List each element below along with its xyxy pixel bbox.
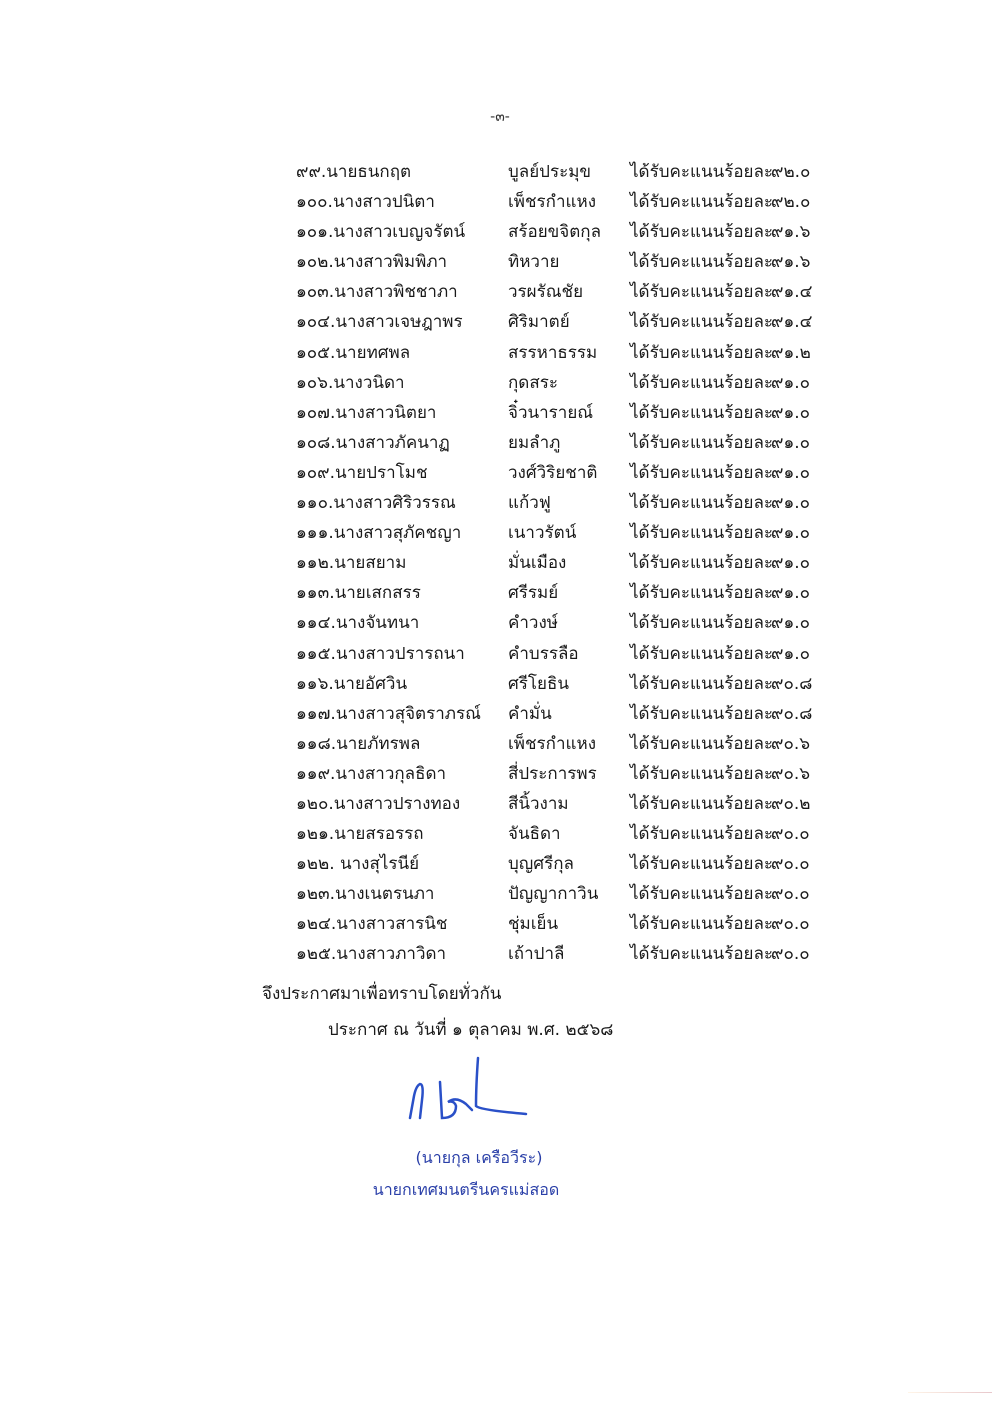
person-name: ๑๑๖.นายอัศวิน <box>296 669 407 699</box>
person-surname: ศรีรมย์ <box>508 578 558 608</box>
person-surname: ศิริมาตย์ <box>508 307 570 337</box>
score-label: ได้รับคะแนนร้อยละ <box>630 578 773 608</box>
score-value: ๙๑.๐ <box>771 368 810 398</box>
score-label: ได้รับคะแนนร้อยละ <box>630 518 773 548</box>
person-name: ๑๑๘.นายภัทรพล <box>296 729 420 759</box>
person-surname: ศรีโยธิน <box>508 669 569 699</box>
person-name: ๑๐๙.นายปราโมช <box>296 458 428 488</box>
score-label: ได้รับคะแนนร้อยละ <box>630 879 773 909</box>
score-label: ได้รับคะแนนร้อยละ <box>630 849 773 879</box>
score-label: ได้รับคะแนนร้อยละ <box>630 488 773 518</box>
scan-artifact-line <box>908 1392 992 1393</box>
person-name: ๑๒๐.นางสาวปรางทอง <box>296 789 460 819</box>
person-surname: แก้วฟู <box>508 488 551 518</box>
score-label: ได้รับคะแนนร้อยละ <box>630 187 773 217</box>
score-value: ๙๐.๖ <box>771 759 810 789</box>
person-name: ๑๐๑.นางสาวเบญจรัตน์ <box>296 217 465 247</box>
score-value: ๙๒.๐ <box>771 157 810 187</box>
score-value: ๙๑.๖ <box>771 217 810 247</box>
score-label: ได้รับคะแนนร้อยละ <box>630 428 773 458</box>
score-label: ได้รับคะแนนร้อยละ <box>630 398 773 428</box>
person-surname: ชุ่มเย็น <box>508 909 558 939</box>
person-name: ๑๑๑.นางสาวสุภัคชญา <box>296 518 461 548</box>
announcement-date: ประกาศ ณ วันที่ ๑ ตุลาคม พ.ศ. ๒๕๖๘ <box>328 1016 613 1043</box>
score-value: ๙๑.๐ <box>771 608 810 638</box>
score-value: ๙๑.๐ <box>771 578 810 608</box>
person-name: ๑๐๕.นายทศพล <box>296 338 410 368</box>
score-value: ๙๑.๐ <box>771 488 810 518</box>
closing-statement: จึงประกาศมาเพื่อทราบโดยทั่วกัน <box>262 980 501 1007</box>
signature-icon <box>396 1056 546 1126</box>
score-label: ได้รับคะแนนร้อยละ <box>630 639 773 669</box>
score-value: ๙๑.๒ <box>771 338 811 368</box>
score-value: ๙๑.๔ <box>771 277 813 307</box>
score-label: ได้รับคะแนนร้อยละ <box>630 368 773 398</box>
person-surname: มั่นเมือง <box>508 548 566 578</box>
score-label: ได้รับคะแนนร้อยละ <box>630 939 773 969</box>
score-value: ๙๑.๖ <box>771 247 810 277</box>
score-label: ได้รับคะแนนร้อยละ <box>630 157 773 187</box>
person-surname: วงศ์วิริยชาติ <box>508 458 597 488</box>
person-surname: จิ๋วนารายณ์ <box>508 398 593 428</box>
score-label: ได้รับคะแนนร้อยละ <box>630 277 773 307</box>
score-label: ได้รับคะแนนร้อยละ <box>630 699 773 729</box>
person-surname: ยมลำภู <box>508 428 560 458</box>
person-surname: กุดสระ <box>508 368 558 398</box>
person-name: ๑๒๕.นางสาวภาวิดา <box>296 939 446 969</box>
signer-name: (นายกุล เครือวีระ) <box>0 1146 958 1171</box>
person-surname: เพ็ชรกำแหง <box>508 187 596 217</box>
signer-title: นายกเทศมนตรีนครแม่สอด <box>0 1178 932 1203</box>
score-value: ๙๐.๒ <box>771 789 810 819</box>
person-name: ๑๑๐.นางสาวศิริวรรณ <box>296 488 456 518</box>
score-label: ได้รับคะแนนร้อยละ <box>630 608 773 638</box>
person-surname: คำมั่น <box>508 699 552 729</box>
score-value: ๙๒.๐ <box>771 187 810 217</box>
person-name: ๑๐๗.นางสาวนิตยา <box>296 398 436 428</box>
score-label: ได้รับคะแนนร้อยละ <box>630 458 773 488</box>
score-value: ๙๐.๘ <box>771 699 812 729</box>
person-surname: เถ้าปาลี <box>508 939 564 969</box>
score-label: ได้รับคะแนนร้อยละ <box>630 217 773 247</box>
score-label: ได้รับคะแนนร้อยละ <box>630 909 773 939</box>
person-surname: เนาวรัตน์ <box>508 518 576 548</box>
person-surname: คำบรรลือ <box>508 639 579 669</box>
person-name: ๑๐๓.นางสาวพิชชาภา <box>296 277 458 307</box>
person-name: ๑๑๗.นางสาวสุจิตราภรณ์ <box>296 699 481 729</box>
person-name: ๑๒๑.นายสรอรรถ <box>296 819 424 849</box>
person-surname: บูลย์ประมุข <box>508 157 591 187</box>
page-number: -๓- <box>0 106 1000 128</box>
person-name: ๑๑๕.นางสาวปรารถนา <box>296 639 465 669</box>
score-value: ๙๐.๐ <box>771 909 810 939</box>
score-label: ได้รับคะแนนร้อยละ <box>630 247 773 277</box>
score-value: ๙๑.๔ <box>771 307 813 337</box>
person-name: ๑๐๘.นางสาวภัคนาฏ <box>296 428 450 458</box>
score-label: ได้รับคะแนนร้อยละ <box>630 789 773 819</box>
person-name: ๑๐๐.นางสาวปนิตา <box>296 187 435 217</box>
score-value: ๙๐.๐ <box>771 819 810 849</box>
person-surname: สี่ประการพร <box>508 759 597 789</box>
score-value: ๙๑.๐ <box>771 548 810 578</box>
person-name: ๑๑๓.นายเสกสรร <box>296 578 421 608</box>
score-label: ได้รับคะแนนร้อยละ <box>630 729 773 759</box>
person-name: ๑๑๙.นางสาวกุลธิดา <box>296 759 446 789</box>
person-surname: บุญศรีกุล <box>508 849 574 879</box>
person-surname: สรรหาธรรม <box>508 338 597 368</box>
person-surname: เพ็ชรกำแหง <box>508 729 596 759</box>
score-label: ได้รับคะแนนร้อยละ <box>630 548 773 578</box>
person-name: ๑๑๔.นางจันทนา <box>296 608 419 638</box>
person-name: ๑๐๔.นางสาวเจษฎาพร <box>296 307 463 337</box>
person-surname: วรผรัณชัย <box>508 277 583 307</box>
score-value: ๙๑.๐ <box>771 398 810 428</box>
person-name: ๑๒๓.นางเนตรนภา <box>296 879 434 909</box>
score-label: ได้รับคะแนนร้อยละ <box>630 819 773 849</box>
score-value: ๙๐.๐ <box>771 879 810 909</box>
person-surname: ปัญญากาวิน <box>508 879 598 909</box>
person-surname: สีนิ้วงาม <box>508 789 569 819</box>
score-value: ๙๐.๐ <box>771 849 810 879</box>
score-value: ๙๐.๐ <box>771 939 810 969</box>
score-value: ๙๑.๐ <box>771 518 810 548</box>
score-label: ได้รับคะแนนร้อยละ <box>630 669 773 699</box>
score-label: ได้รับคะแนนร้อยละ <box>630 338 773 368</box>
score-label: ได้รับคะแนนร้อยละ <box>630 307 773 337</box>
person-surname: ทิหวาย <box>508 247 559 277</box>
person-surname: จันธิดา <box>508 819 561 849</box>
score-value: ๙๑.๐ <box>771 428 810 458</box>
person-surname: สร้อยขจิตกุล <box>508 217 601 247</box>
person-name: ๑๒๔.นางสาวสารนิช <box>296 909 447 939</box>
person-name: ๑๐๖.นางวนิดา <box>296 368 405 398</box>
person-name: ๑๐๒.นางสาวพิมพิภา <box>296 247 447 277</box>
score-value: ๙๑.๐ <box>771 458 810 488</box>
person-surname: คำวงษ์ <box>508 608 558 638</box>
person-name: ๑๑๒.นายสยาม <box>296 548 406 578</box>
score-value: ๙๐.๖ <box>771 729 810 759</box>
score-label: ได้รับคะแนนร้อยละ <box>630 759 773 789</box>
person-name: ๙๙.นายธนกฤต <box>296 157 411 187</box>
score-value: ๙๑.๐ <box>771 639 810 669</box>
person-name: ๑๒๒. นางสุไรนีย์ <box>296 849 419 879</box>
score-value: ๙๐.๘ <box>771 669 812 699</box>
